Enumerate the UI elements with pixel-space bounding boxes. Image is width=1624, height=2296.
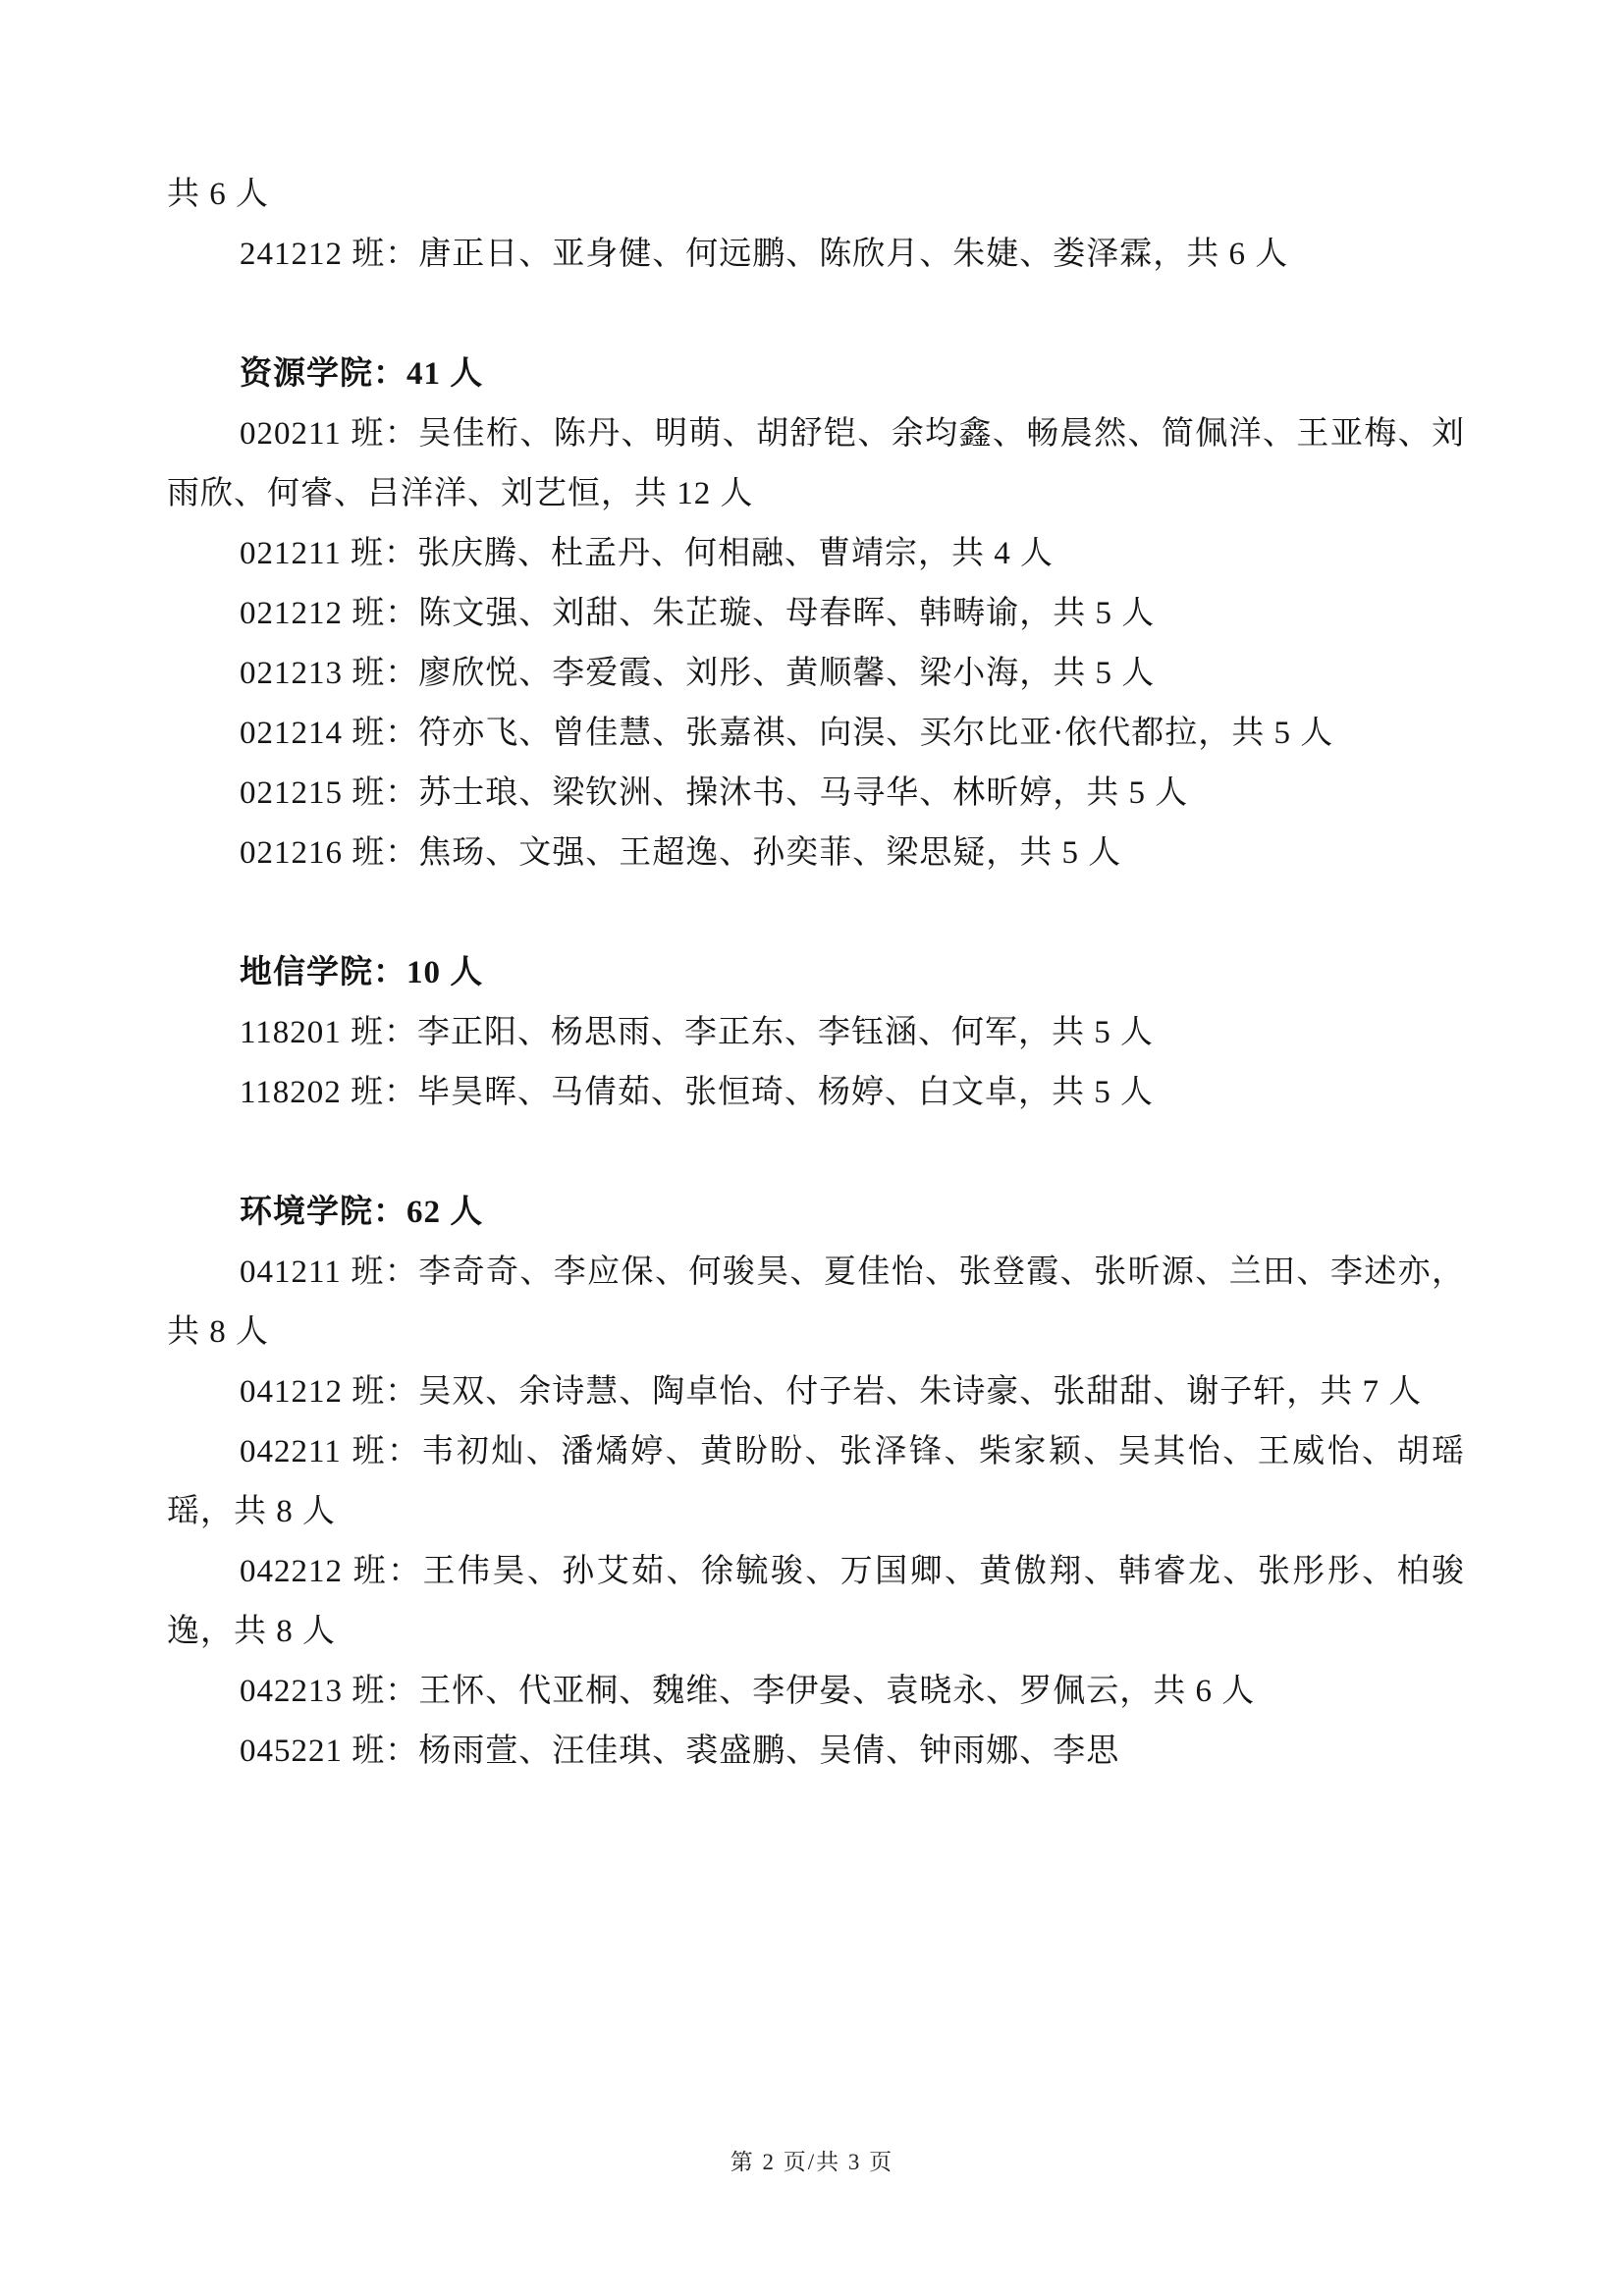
class-entry: 020211 班：吴佳桁、陈丹、明萌、胡舒铠、余均鑫、畅晨然、简佩洋、王亚梅、刘… (167, 404, 1465, 524)
page-number-indicator: 第 2 页/共 3 页 (731, 2150, 893, 2174)
class-entry: 042212 班：王伟昊、孙艾茹、徐毓骏、万国卿、黄傲翔、韩睿龙、张彤彤、柏骏逸… (167, 1542, 1465, 1662)
class-entry: 042213 班：王怀、代亚桐、魏维、李伊晏、袁晓永、罗佩云，共 6 人 (167, 1662, 1465, 1722)
document-page: 共 6 人241212 班：唐正日、亚身健、何远鹏、陈欣月、朱婕、娄泽霖，共 6… (0, 0, 1624, 2296)
class-entry: 021216 班：焦玚、文强、王超逸、孙奕菲、梁思疑，共 5 人 (167, 824, 1465, 883)
blank-line (167, 285, 1465, 345)
blank-line (167, 883, 1465, 943)
section-heading: 地信学院：10 人 (167, 943, 1465, 1003)
class-entry: 118201 班：李正阳、杨思雨、李正东、李钰涵、何军，共 5 人 (167, 1003, 1465, 1063)
class-entry: 021212 班：陈文强、刘甜、朱芷璇、母春晖、韩畴谕，共 5 人 (167, 584, 1465, 644)
class-entry: 118202 班：毕昊晖、马倩茹、张恒琦、杨婷、白文卓，共 5 人 (167, 1063, 1465, 1123)
section-heading: 环境学院：62 人 (167, 1183, 1465, 1243)
page-footer: 第 2 页/共 3 页 (0, 2144, 1624, 2176)
blank-line (167, 1123, 1465, 1183)
class-entry: 041212 班：吴双、余诗慧、陶卓怡、付子岩、朱诗豪、张甜甜、谢子轩，共 7 … (167, 1362, 1465, 1422)
class-entry: 045221 班：杨雨萱、汪佳琪、裘盛鹏、吴倩、钟雨娜、李思 (167, 1722, 1465, 1782)
continuation-text: 共 6 人 (167, 165, 1465, 225)
section-heading: 资源学院：41 人 (167, 345, 1465, 404)
class-entry: 021211 班：张庆腾、杜孟丹、何相融、曹靖宗，共 4 人 (167, 524, 1465, 584)
class-entry: 021214 班：符亦飞、曾佳慧、张嘉祺、向淏、买尔比亚·依代都拉，共 5 人 (167, 704, 1465, 764)
document-body: 共 6 人241212 班：唐正日、亚身健、何远鹏、陈欣月、朱婕、娄泽霖，共 6… (167, 165, 1465, 1782)
class-entry: 021215 班：苏士琅、梁钦洲、操沐书、马寻华、林昕婷，共 5 人 (167, 764, 1465, 824)
class-entry: 241212 班：唐正日、亚身健、何远鹏、陈欣月、朱婕、娄泽霖，共 6 人 (167, 225, 1465, 285)
class-entry: 042211 班：韦初灿、潘燏婷、黄盼盼、张泽锋、柴家颖、吴其怡、王威怡、胡瑶瑶… (167, 1422, 1465, 1542)
class-entry: 041211 班：李奇奇、李应保、何骏昊、夏佳怡、张登霞、张昕源、兰田、李述亦，… (167, 1243, 1465, 1362)
class-entry: 021213 班：廖欣悦、李爱霞、刘彤、黄顺馨、梁小海，共 5 人 (167, 644, 1465, 704)
